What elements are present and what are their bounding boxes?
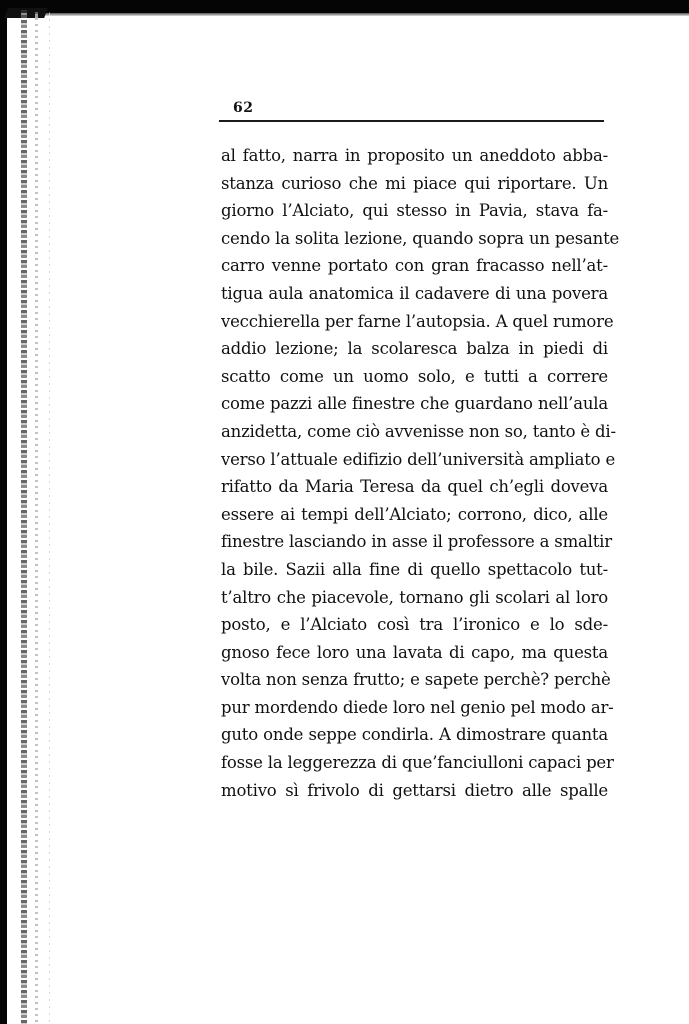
text-line: gnoso fece loro una lavata di capo, ma q…: [221, 639, 608, 667]
page-number: 62: [233, 100, 253, 116]
text-line: stanza curioso che mi piace qui riportar…: [221, 170, 608, 198]
text-line: pur mordendo diede loro nel genio pel mo…: [221, 694, 608, 722]
text-line: al fatto, narra in proposito un aneddoto…: [221, 142, 608, 170]
scan-left-border: [0, 0, 7, 1024]
scan-top-edge-shadow: [40, 13, 689, 16]
text-line: verso l’attuale edifizio dell’università…: [221, 446, 608, 474]
text-line: motivo sì frivolo di gettarsi dietro all…: [221, 777, 608, 805]
text-line: anzidetta, come ciò avvenisse non so, ta…: [221, 418, 608, 446]
body-text: al fatto, narra in proposito un aneddoto…: [221, 142, 608, 804]
binding-shadow-line: [21, 10, 27, 1024]
text-line: essere ai tempi dell’Alciato; corrono, d…: [221, 501, 608, 529]
binding-shadow-line: [49, 12, 50, 1024]
text-line: come pazzi alle finestre che guardano ne…: [221, 390, 608, 418]
binding-shadow-line: [35, 12, 38, 1024]
text-line: la bile. Sazii alla fine di quello spett…: [221, 556, 608, 584]
text-line: carro venne portato con gran fracasso ne…: [221, 252, 608, 280]
scan-top-border: [0, 0, 689, 14]
text-line: addio lezione; la scolaresca balza in pi…: [221, 335, 608, 363]
text-line: cendo la solita lezione, quando sopra un…: [221, 225, 608, 253]
text-line: fosse la leggerezza di que’fanciulloni c…: [221, 749, 608, 777]
text-line: finestre lasciando in asse il professore…: [221, 528, 608, 556]
text-line: vecchierella per farne l’autopsia. A que…: [221, 308, 608, 336]
text-line: tigua aula anatomica il cadavere di una …: [221, 280, 608, 308]
text-line: t’altro che piacevole, tornano gli scola…: [221, 584, 608, 612]
text-line: giorno l’Alciato, qui stesso in Pavia, s…: [221, 197, 608, 225]
text-line: rifatto da Maria Teresa da quel ch’egli …: [221, 473, 608, 501]
header-rule: [219, 120, 604, 122]
text-line: posto, e l’Alciato così tra l’ironico e …: [221, 611, 608, 639]
text-line: scatto come un uomo solo, e tutti a corr…: [221, 363, 608, 391]
text-line: volta non senza frutto; e sapete perchè?…: [221, 666, 608, 694]
text-line: guto onde seppe condirla. A dimostrare q…: [221, 721, 608, 749]
